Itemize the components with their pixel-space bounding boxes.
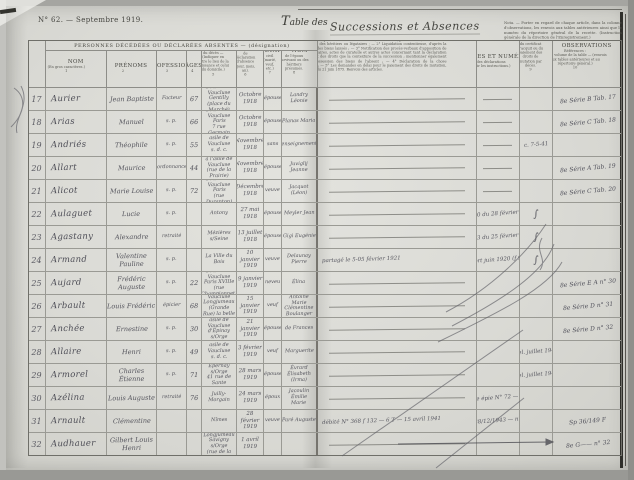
nota-text: Nota. — Porter en regard de chaque artic… [504,21,622,40]
book-top-edge-line [298,9,622,10]
left-page-shading [6,6,28,468]
succession-table: PERSONNES DÉCÉDÉES OU DÉCLARÉES ABSENTES… [28,40,622,456]
title-initial: T [281,14,290,29]
scan-bed-bottom-edge [0,470,634,480]
scan-bed-right-edge [628,0,634,480]
issue-number: N° 62. — Septembre 1919. [38,16,143,24]
title-left-text: able des [290,18,328,28]
page-title-right: Successions et Absences [330,19,480,35]
table-outer-border [28,40,622,456]
page-title-left: Table des [281,14,328,29]
book-right-edge-inner [625,14,626,466]
